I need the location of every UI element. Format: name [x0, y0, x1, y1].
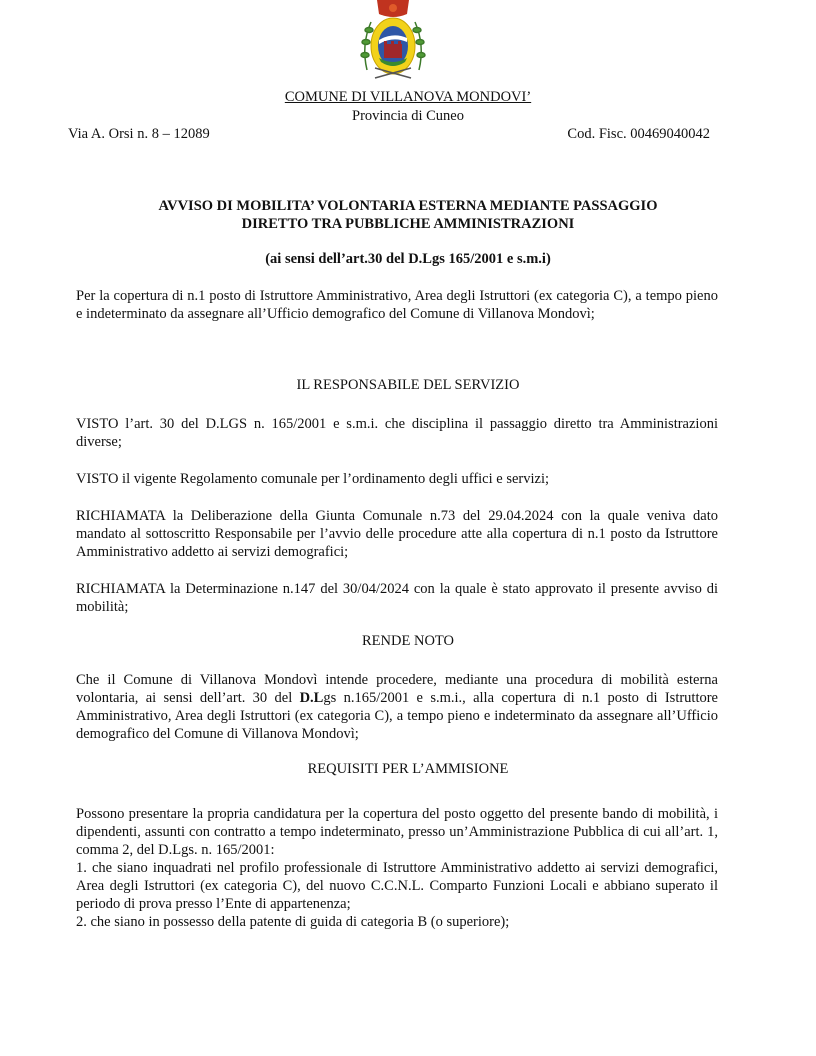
visto-paragraph-1: VISTO l’art. 30 del D.LGS n. 165/2001 e … — [76, 415, 718, 451]
visto-paragraph-2: VISTO il vigente Regolamento comunale pe… — [76, 470, 718, 488]
document-subtitle: (ai sensi dell’art.30 del D.Lgs 165/2001… — [0, 250, 816, 268]
rende-noto-heading: RENDE NOTO — [0, 633, 816, 650]
rende-noto-paragraph: Che il Comune di Villanova Mondovì inten… — [76, 671, 718, 743]
title-line-1: AVVISO DI MOBILITA’ VOLONTARIA ESTERNA M… — [0, 197, 816, 215]
requisiti-item-2: 2. che siano in possesso della patente d… — [76, 913, 718, 931]
provincia-label: Provincia di Cuneo — [0, 107, 816, 125]
requisiti-item-1: 1. che siano inquadrati nel profilo prof… — [76, 859, 718, 913]
richiamata-paragraph-2: RICHIAMATA la Determinazione n.147 del 3… — [76, 580, 718, 616]
intro-paragraph: Per la copertura di n.1 posto di Istrutt… — [76, 287, 718, 323]
document-page: COMUNE DI VILLANOVA MONDOVI’ Provincia d… — [0, 0, 816, 1056]
fiscal-code: Cod. Fisc. 00469040042 — [567, 125, 710, 143]
requisiti-heading: REQUISITI PER L’AMMISIONE — [0, 761, 816, 778]
responsabile-heading: IL RESPONSABILE DEL SERVIZIO — [0, 377, 816, 394]
municipal-coat-of-arms-icon — [357, 0, 429, 84]
comune-title: COMUNE DI VILLANOVA MONDOVI’ — [0, 88, 816, 106]
address: Via A. Orsi n. 8 – 12089 — [68, 125, 210, 143]
richiamata-paragraph-1: RICHIAMATA la Deliberazione della Giunta… — [76, 507, 718, 561]
requisiti-intro: Possono presentare la propria candidatur… — [76, 805, 718, 859]
title-line-2: DIRETTO TRA PUBBLICHE AMMINISTRAZIONI — [0, 215, 816, 233]
document-title: AVVISO DI MOBILITA’ VOLONTARIA ESTERNA M… — [0, 197, 816, 233]
